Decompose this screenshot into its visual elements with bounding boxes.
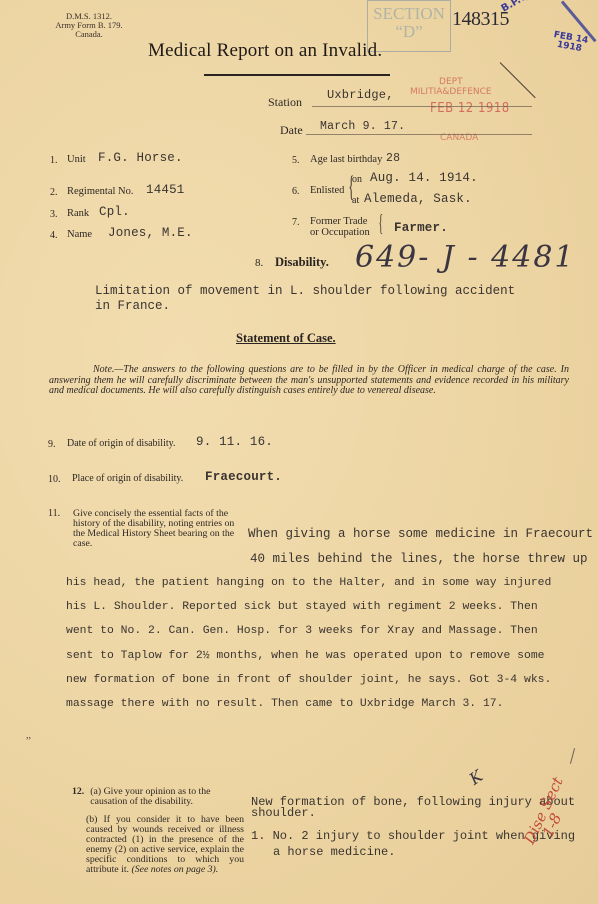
regimental-no-value: 14451 [146,183,185,197]
q11-num: 11. [48,508,60,519]
statement-heading: Statement of Case. [236,331,336,346]
field-4-num: 4. [50,230,58,241]
q12-answer-a-line2: shoulder. [251,806,316,820]
field-7-num: 7. [292,217,300,228]
q11-line-5: went to No. 2. Can. Gen. Hosp. for 3 wee… [66,625,538,637]
q10-label: Place of origin of disability. [72,473,183,484]
q12-label-a: 12. (a) Give your opinion as to the caus… [72,787,244,807]
trade-label: Former Trade or Occupation [310,216,370,238]
field-2-num: 2. [50,187,58,198]
disability-description-line2: in France. [95,299,170,313]
q10-num: 10. [48,474,61,485]
q11-line-2: 40 miles behind the lines, the horse thr… [250,552,588,566]
q11-line-4: his L. Shoulder. Reported sick but staye… [66,601,538,613]
enlisted-on-value: Aug. 14. 1914. [370,171,478,185]
q11-line-3: his head, the patient hanging on to the … [66,577,551,589]
page-title: Medical Report on an Invalid. [148,40,382,62]
unit-label: Unit [67,154,86,165]
margin-tick-mark [570,748,575,764]
disability-label: Disability. [275,255,329,270]
q12-label: 12. (a) Give your opinion as to the caus… [72,787,244,875]
field-6-num: 6. [292,186,300,197]
age-value: 28 [386,152,400,165]
q9-num: 9. [48,439,56,450]
statement-note: Note.—The answers to the following quest… [49,365,569,397]
station-value: Uxbridge, [327,88,394,102]
age-label: Age last birthday [310,154,382,165]
unit-value: F.G. Horse. [98,151,183,165]
disability-description-line1: Limitation of movement in L. shoulder fo… [95,284,515,298]
regimental-no-label: Regimental No. [67,186,134,197]
station-line [312,106,532,107]
margin-pencil-mark: ,, [26,730,31,741]
pencil-tick-stroke [500,62,536,98]
section-stamp-line1: SECTION [368,5,450,23]
name-value: Jones, M.E. [108,226,193,240]
q12-label-b: (b) If you consider it to have been caus… [86,815,244,875]
field-1-num: 1. [50,155,58,166]
q12-answer-b-line2: a horse medicine. [273,845,395,859]
blue-received-stamp: B.P.Q. C.R. [500,0,556,15]
q9-value: 9. 11. 16. [196,435,273,449]
date-line [306,134,532,135]
q11-label: Give concisely the essential facts of th… [73,509,243,549]
q11-line-6: sent to Taplow for 2½ months, when he wa… [66,650,545,662]
section-stamp-line2: “D” [368,23,450,41]
case-number: 148315 [452,8,509,31]
red-dept-stamp: DEPT MILITIA&DEFENCE [410,77,492,97]
q9-label: Date of origin of disability. [67,438,176,449]
field-8-num: 8. [255,257,263,269]
field-3-num: 3. [50,209,58,220]
trade-value: Farmer. [394,221,448,235]
date-value: March 9. 17. [320,120,405,133]
q11-line-7: new formation of bone in front of should… [66,674,551,686]
field-5-num: 5. [292,155,300,166]
enlisted-at-value: Alemeda, Sask. [364,192,472,206]
enlisted-on-label: on [352,174,362,185]
name-label: Name [67,229,92,240]
form-ref-line3: Canada. [44,30,134,39]
form-reference: D.M.S. 1312. Army Form B. 179. Canada. [44,12,134,39]
q12-margin-mark: K [466,766,487,788]
rank-value: Cpl. [99,205,130,219]
station-label: Station [268,95,302,110]
enlisted-label: Enlisted [310,185,344,196]
q11-line-1: When giving a horse some medicine in Fra… [248,527,593,541]
enlisted-at-label: at [352,195,359,206]
q10-value: Fraecourt. [205,470,282,484]
title-underline [204,74,390,76]
rank-label: Rank [67,208,89,219]
trade-brace: { [378,212,383,236]
q11-line-8: massage there with no result. Then came … [66,698,503,710]
red-stamp-date: FEB 12 1918 [430,101,510,116]
disability-code-handwritten: 649- J - 4481 [355,240,576,275]
date-label: Date [280,123,303,138]
